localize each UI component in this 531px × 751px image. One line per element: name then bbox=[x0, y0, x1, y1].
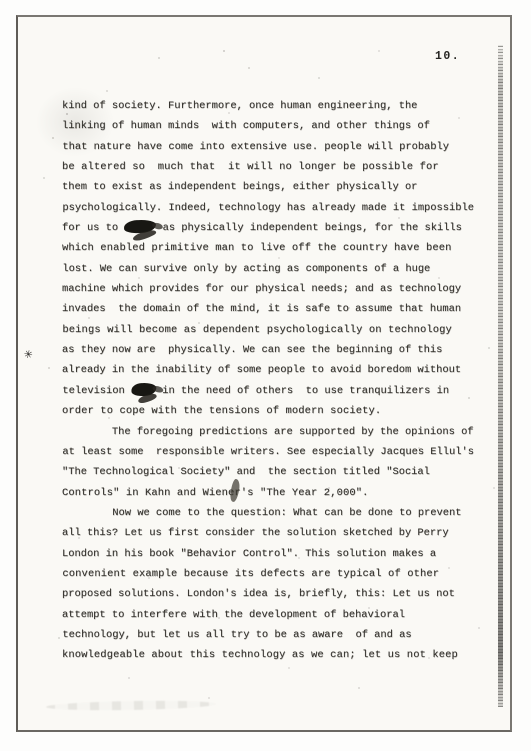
typed-text-segment: in the need of others to use tranquilize… bbox=[156, 385, 449, 397]
ink-smudge-correction: er' bbox=[228, 487, 247, 499]
typed-text-segment: television bbox=[62, 385, 131, 397]
typed-line: lost. We can survive only by acting as c… bbox=[62, 259, 492, 279]
typed-line: linking of human minds with computers, a… bbox=[62, 116, 492, 136]
typed-line: attempt to interfere with the developmen… bbox=[62, 605, 492, 625]
typed-line: be altered so much that it will no longe… bbox=[62, 157, 492, 177]
typed-line: all this? Let us first consider the solu… bbox=[62, 523, 492, 543]
typed-line: them to exist as independent beings, eit… bbox=[62, 177, 492, 197]
typed-text-segment: order to cope with the tensions of moder… bbox=[62, 405, 381, 417]
typed-text-segment: The foregoing predictions are supported … bbox=[62, 426, 474, 438]
ink-blot-crossout bbox=[124, 219, 157, 234]
page-number: 10. bbox=[435, 50, 460, 63]
typed-line: television in the need of others to use … bbox=[62, 381, 492, 401]
scan-streak-artifact bbox=[498, 45, 503, 707]
typed-text-segment: already in the inability of some people … bbox=[62, 364, 461, 376]
typed-text-segment: attempt to interfere with the developmen… bbox=[62, 609, 405, 621]
typed-line: machine which provides for our physical … bbox=[62, 279, 492, 299]
typed-text-segment: which enabled primitive man to live off … bbox=[62, 242, 452, 254]
typed-line: proposed solutions. London's idea is, br… bbox=[62, 584, 492, 604]
typed-line: psychologically. Indeed, technology has … bbox=[62, 198, 492, 218]
typed-text-segment: London in his book "Behavior Control". T… bbox=[62, 548, 436, 560]
scanned-page: 10. ✳ kind of society. Furthermore, once… bbox=[16, 15, 512, 732]
typed-line: for us to as physically independent bein… bbox=[62, 218, 492, 238]
typed-text-segment: machine which provides for our physical … bbox=[62, 283, 461, 295]
typed-line: London in his book "Behavior Control". T… bbox=[62, 544, 492, 564]
typed-text-segment: "The Technological Society" and the sect… bbox=[62, 466, 430, 478]
typed-line: already in the inability of some people … bbox=[62, 360, 492, 380]
typed-text-segment: invades the domain of the mind, it is sa… bbox=[62, 303, 461, 315]
typed-line: order to cope with the tensions of moder… bbox=[62, 401, 492, 421]
typed-text-segment: as physically independent beings, for th… bbox=[156, 222, 462, 234]
typed-text-segment: at least some responsible writers. See e… bbox=[62, 446, 474, 458]
typed-text-segment: them to exist as independent beings, eit… bbox=[62, 181, 417, 193]
typed-text-segment: for us to bbox=[62, 222, 124, 234]
typed-text-segment: Controls" in Kahn and Wien bbox=[62, 487, 228, 499]
typed-text-segment: kind of society. Furthermore, once human… bbox=[62, 100, 417, 112]
typed-line: which enabled primitive man to live off … bbox=[62, 238, 492, 258]
typed-text-segment: technology, but let us all try to be as … bbox=[62, 629, 411, 641]
typed-line: The foregoing predictions are supported … bbox=[62, 422, 492, 442]
typed-line: Controls" in Kahn and Wiener's "The Year… bbox=[62, 483, 492, 503]
typed-text: kind of society. Furthermore, once human… bbox=[62, 96, 492, 666]
typed-text-segment: psychologically. Indeed, technology has … bbox=[62, 202, 474, 214]
typed-text-segment: as they now are physically. We can see t… bbox=[62, 344, 442, 356]
typed-line: beings will become as dependent psycholo… bbox=[62, 320, 492, 340]
typed-line: technology, but let us all try to be as … bbox=[62, 625, 492, 645]
faint-bottom-smudge bbox=[46, 700, 216, 712]
typed-line: knowledgeable about this technology as w… bbox=[62, 645, 492, 665]
typed-line: at least some responsible writers. See e… bbox=[62, 442, 492, 462]
typed-text-segment: Now we come to the question: What can be… bbox=[62, 507, 461, 519]
ink-blot-crossout bbox=[131, 382, 157, 396]
scan-noise bbox=[18, 17, 20, 19]
typed-text-segment: be altered so much that it will no longe… bbox=[62, 161, 439, 173]
typed-text-segment: that nature have come into extensive use… bbox=[62, 141, 449, 153]
typed-text-segment: convenient example because its defects a… bbox=[62, 568, 439, 580]
typed-line: convenient example because its defects a… bbox=[62, 564, 492, 584]
margin-asterisk-mark: ✳ bbox=[22, 345, 34, 363]
typed-text-segment: all this? Let us first consider the solu… bbox=[62, 527, 449, 539]
typed-text-segment: knowledgeable about this technology as w… bbox=[62, 649, 458, 661]
typed-text-segment: proposed solutions. London's idea is, br… bbox=[62, 588, 455, 600]
typed-line: invades the domain of the mind, it is sa… bbox=[62, 299, 492, 319]
typed-line: as they now are physically. We can see t… bbox=[62, 340, 492, 360]
typed-line: Now we come to the question: What can be… bbox=[62, 503, 492, 523]
typed-line: kind of society. Furthermore, once human… bbox=[62, 96, 492, 116]
typed-line: "The Technological Society" and the sect… bbox=[62, 462, 492, 482]
typed-text-segment: linking of human minds with computers, a… bbox=[62, 120, 430, 132]
typed-text-segment: s "The Year 2,000". bbox=[247, 487, 368, 499]
typed-text-segment: lost. We can survive only by acting as c… bbox=[62, 263, 430, 275]
typed-line: that nature have come into extensive use… bbox=[62, 137, 492, 157]
typed-text-segment: beings will become as dependent psycholo… bbox=[62, 324, 452, 336]
